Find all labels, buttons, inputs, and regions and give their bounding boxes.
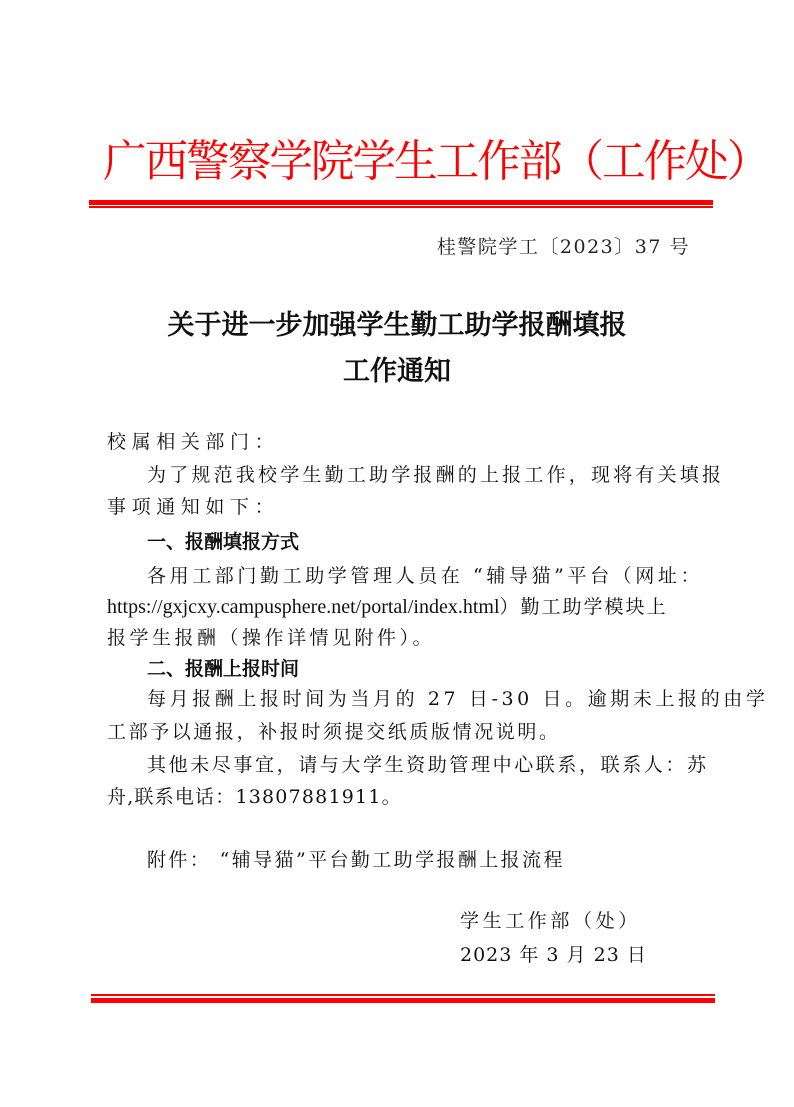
section-1-line-2: https://gxjcxy.campusphere.net/portal/in… [107,592,668,622]
document-title-line-2: 工作通知 [0,352,794,392]
masthead-title: 广西警察学院学生工作部（工作处） [103,134,701,190]
contact-line-1: 其他未尽事宜，请与大学生资助管理中心联系，联系人：苏 [147,750,709,780]
section-1-line-2-rest: ）勤工助学模块上 [500,596,668,618]
masthead-rule-thin [89,206,713,208]
section-1-line-1: 各用工部门勤工助学管理人员在 “辅导猫”平台（网址： [147,561,703,591]
section-2-heading: 二、报酬上报时间 [147,654,299,684]
footer-rule-thin [91,994,715,996]
footer-rule-thick [91,998,715,1003]
signature-department: 学生工作部（处） [460,906,641,936]
section-2-line-1: 每月报酬上报时间为当月的 27 日-30 日。逾期未上报的由学 [147,684,769,714]
contact-line-2: 舟,联系电话：13807881911。 [107,782,402,812]
masthead-rule-thick [89,200,713,205]
section-2-line-2: 工部予以通报，补报时须提交纸质版情况说明。 [107,717,561,747]
document-title-line-1: 关于进一步加强学生勤工助学报酬填报 [0,306,794,346]
salutation: 校属相关部门： [107,427,279,457]
signature-date: 2023 年 3 月 23 日 [460,940,647,970]
attachment-note: 附件： “辅导猫”平台勤工助学报酬上报流程 [147,845,565,875]
section-1-heading: 一、报酬填报方式 [147,527,299,557]
platform-url-link[interactable]: https://gxjcxy.campusphere.net/portal/in… [107,596,500,618]
document-number: 桂警院学工〔2023〕37 号 [437,232,690,262]
intro-paragraph-line-1: 为了规范我校学生勤工助学报酬的上报工作，现将有关填报 [147,460,724,490]
section-1-line-3: 报学生报酬（操作详情见附件）。 [107,623,435,653]
intro-paragraph-line-2: 事项通知如下： [107,492,279,522]
